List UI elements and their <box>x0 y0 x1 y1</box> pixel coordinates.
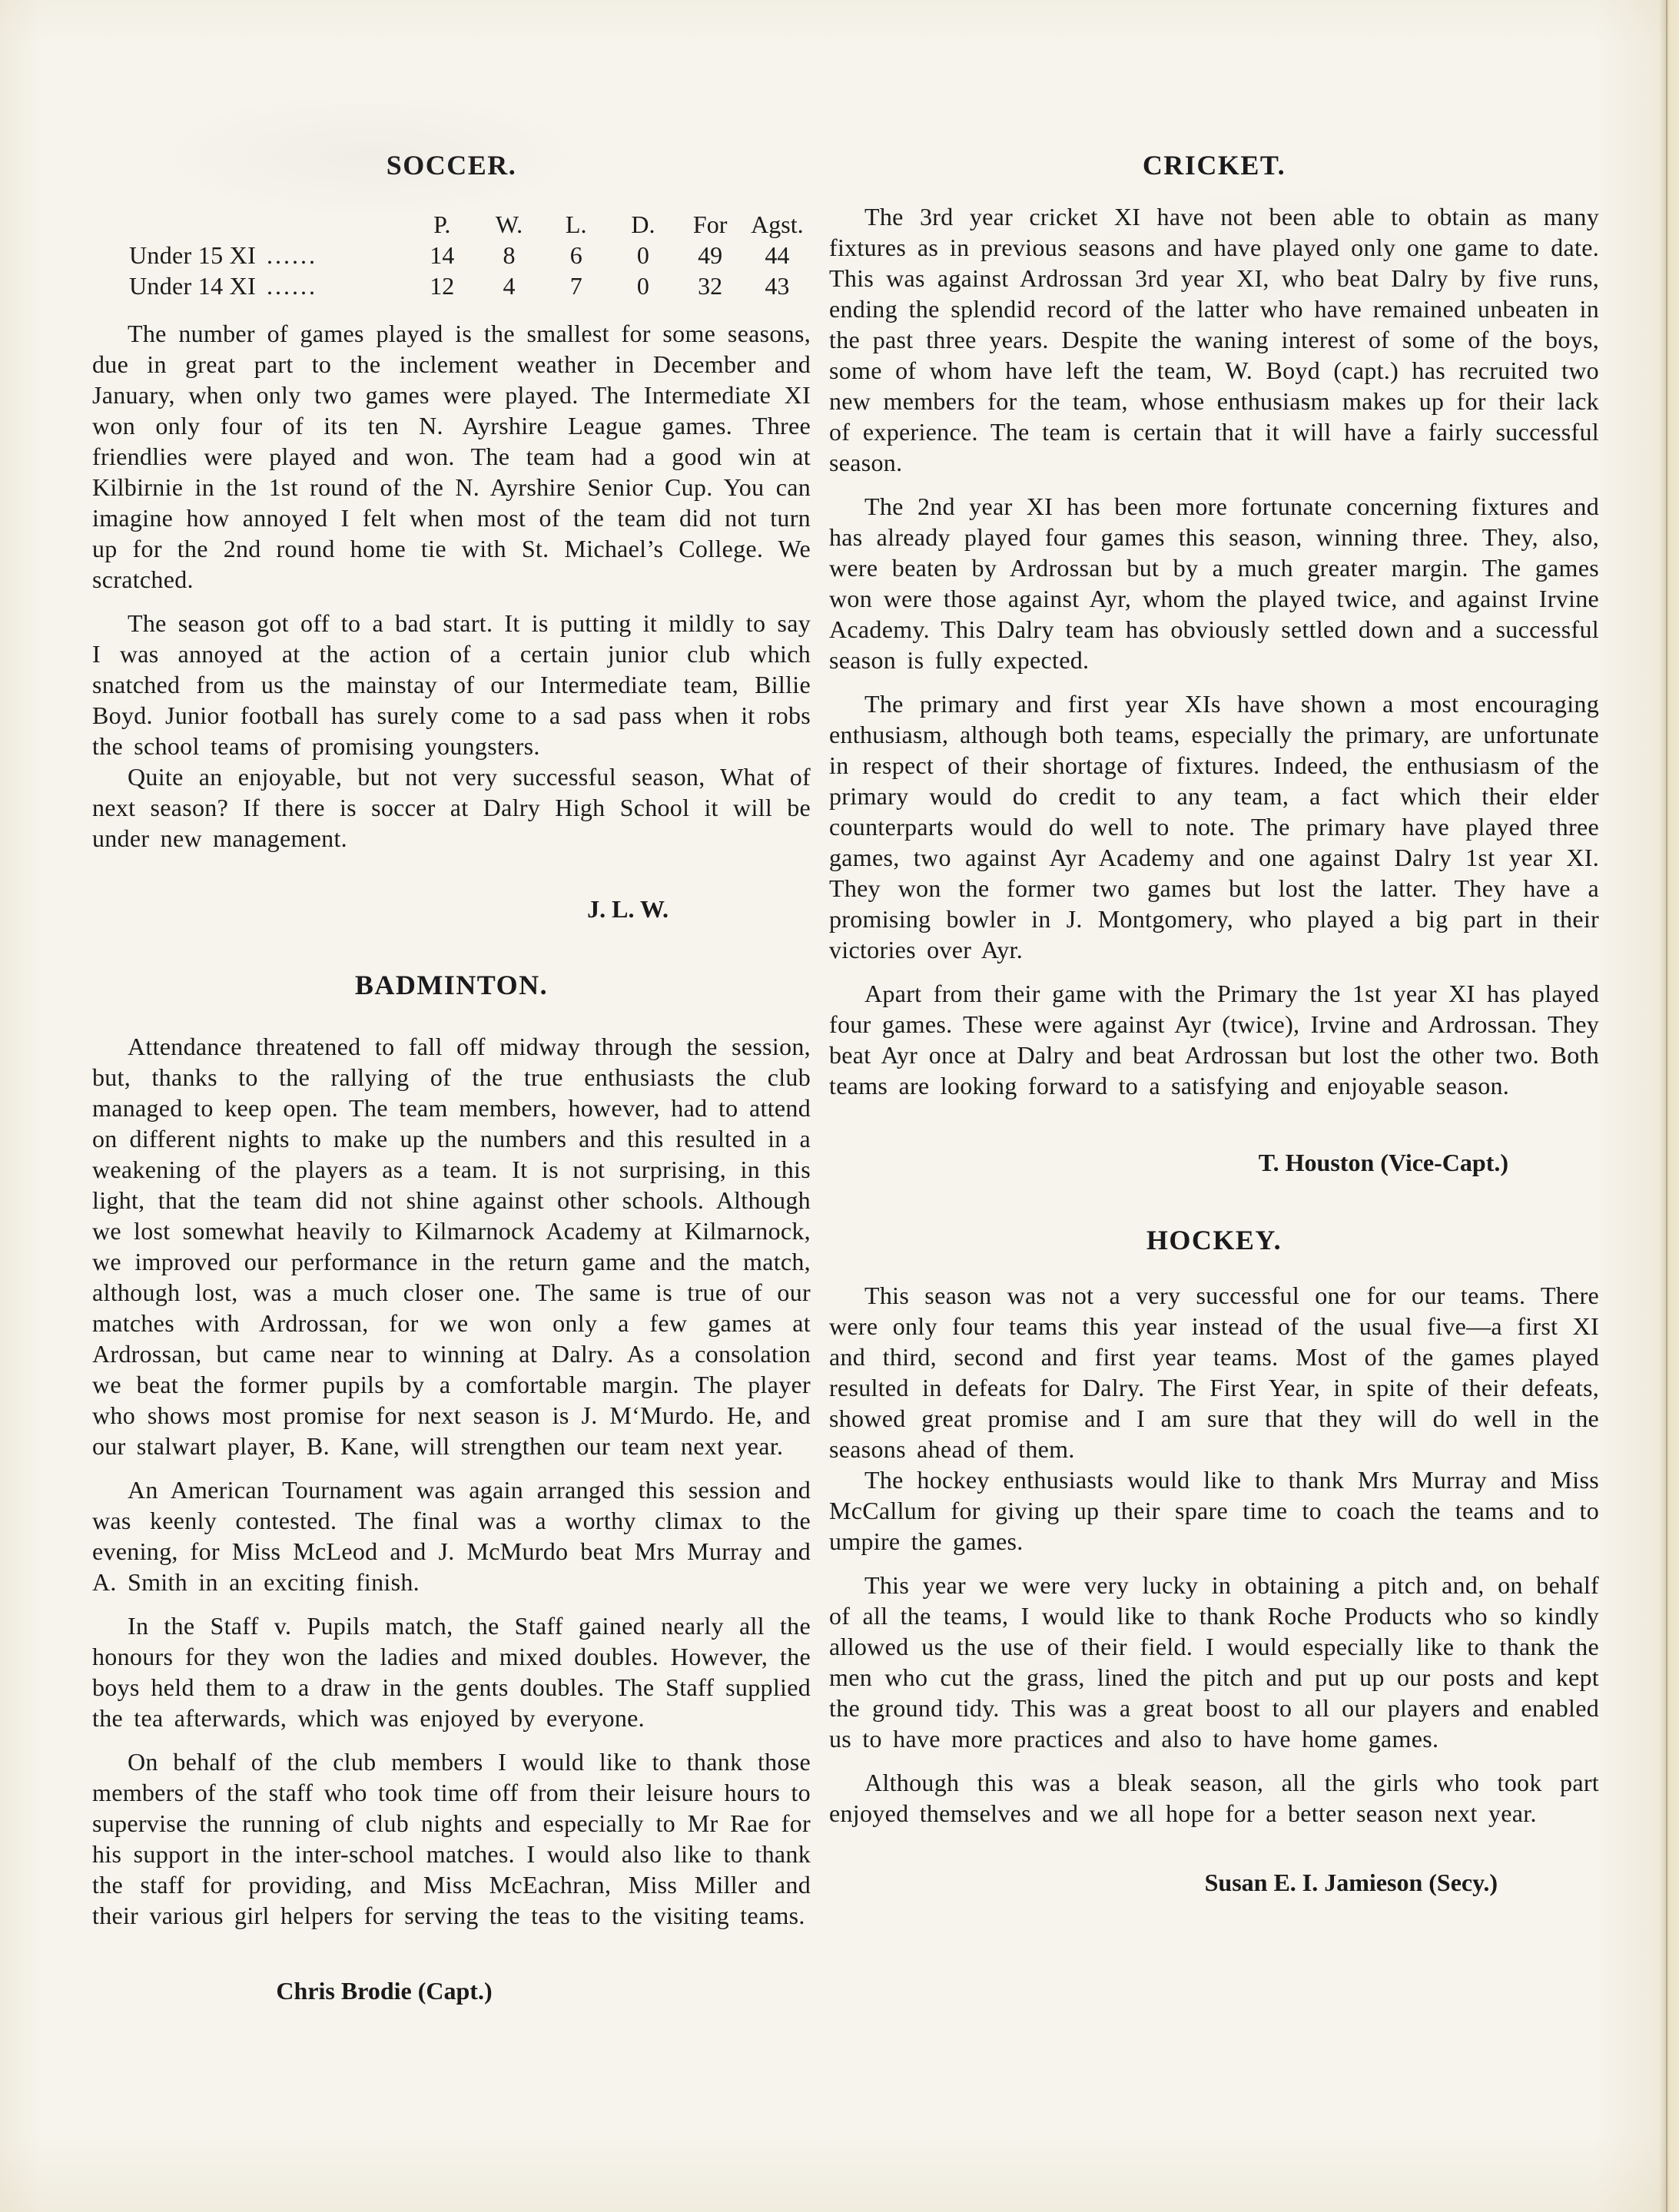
col-header-won: W. <box>476 209 543 240</box>
soccer-results-table: P. W. L. D. For Agst. Under 15 XI...... … <box>92 209 811 301</box>
cricket-paragraph-3: The primary and first year XIs have show… <box>829 688 1599 965</box>
badminton-paragraph-4: On behalf of the club members I would li… <box>92 1746 811 1931</box>
cricket-paragraph-2: The 2nd year XI has been more fortunate … <box>829 491 1599 675</box>
cell-lost: 6 <box>543 240 609 270</box>
hockey-body: This season was not a very successful on… <box>829 1280 1599 1829</box>
hockey-paragraph-3: This year we were very lucky in obtainin… <box>829 1570 1599 1754</box>
badminton-paragraph-1: Attendance threatened to fall off midway… <box>92 1031 811 1461</box>
badminton-paragraph-3: In the Staff v. Pupils match, the Staff … <box>92 1610 811 1733</box>
badminton-signoff: Chris Brodie (Capt.) <box>92 1975 811 2006</box>
cell-won: 4 <box>476 270 543 301</box>
cell-played: 14 <box>409 240 476 270</box>
leader-dots: ...... <box>256 272 317 300</box>
badminton-paragraph-2: An American Tournament was again arrange… <box>92 1474 811 1597</box>
cell-drawn: 0 <box>609 240 676 270</box>
cell-won: 8 <box>476 240 543 270</box>
cricket-paragraph-1: The 3rd year cricket XI have not been ab… <box>829 201 1599 478</box>
hockey-paragraph-1: This season was not a very successful on… <box>829 1280 1599 1464</box>
col-header-lost: L. <box>543 209 609 240</box>
col-header-against: Agst. <box>744 209 811 240</box>
col-header-played: P. <box>409 209 476 240</box>
soccer-paragraph-2: The season got off to a bad start. It is… <box>92 608 811 761</box>
cricket-signoff: T. Houston (Vice-Capt.) <box>829 1147 1599 1178</box>
team-label: Under 14 XI...... <box>129 270 409 301</box>
badminton-body: Attendance threatened to fall off midway… <box>92 1031 811 1931</box>
soccer-signoff: J. L. W. <box>92 894 811 924</box>
cell-for: 49 <box>677 240 744 270</box>
soccer-paragraph-3: Quite an enjoyable, but not very success… <box>92 761 811 854</box>
cell-against: 44 <box>744 240 811 270</box>
badminton-section: BADMINTON. Attendance threatened to fall… <box>92 970 811 2007</box>
cell-lost: 7 <box>543 270 609 301</box>
left-column: SOCCER. P. W. L. D. For Agst. Under 15 X… <box>92 151 811 2212</box>
cell-played: 12 <box>409 270 476 301</box>
badminton-heading: BADMINTON. <box>92 970 811 1001</box>
soccer-body: The number of games played is the smalle… <box>92 318 811 854</box>
hockey-paragraph-4: Although this was a bleak season, all th… <box>829 1767 1599 1829</box>
leader-dots: ...... <box>256 241 317 269</box>
soccer-heading: SOCCER. <box>92 151 811 181</box>
magazine-page-scan: { "left_column": { "soccer": { "heading"… <box>0 0 1679 2212</box>
table-header-spacer <box>129 209 409 240</box>
cricket-body: The 3rd year cricket XI have not been ab… <box>829 201 1599 1101</box>
hockey-section: HOCKEY. This season was not a very succe… <box>829 1225 1599 1899</box>
table-row-under-15: Under 15 XI...... 14 8 6 0 49 44 <box>129 240 811 270</box>
table-row-under-14: Under 14 XI...... 12 4 7 0 32 43 <box>129 270 811 301</box>
col-header-for: For <box>677 209 744 240</box>
cricket-heading: CRICKET. <box>829 151 1599 181</box>
col-header-drawn: D. <box>609 209 676 240</box>
hockey-signoff: Susan E. I. Jamieson (Secy.) <box>829 1867 1599 1898</box>
team-label: Under 15 XI...... <box>129 240 409 270</box>
hockey-paragraph-2: The hockey enthusiasts would like to tha… <box>829 1464 1599 1557</box>
hockey-heading: HOCKEY. <box>829 1225 1599 1256</box>
cell-against: 43 <box>744 270 811 301</box>
cricket-paragraph-4: Apart from their game with the Primary t… <box>829 978 1599 1101</box>
soccer-section: SOCCER. P. W. L. D. For Agst. Under 15 X… <box>92 151 811 924</box>
cell-drawn: 0 <box>609 270 676 301</box>
soccer-paragraph-1: The number of games played is the smalle… <box>92 318 811 595</box>
soccer-table-header-row: P. W. L. D. For Agst. <box>129 209 811 240</box>
cell-for: 32 <box>677 270 744 301</box>
page-content: SOCCER. P. W. L. D. For Agst. Under 15 X… <box>0 0 1679 2212</box>
cricket-section: CRICKET. The 3rd year cricket XI have no… <box>829 151 1599 1178</box>
right-column: CRICKET. The 3rd year cricket XI have no… <box>829 151 1599 2212</box>
